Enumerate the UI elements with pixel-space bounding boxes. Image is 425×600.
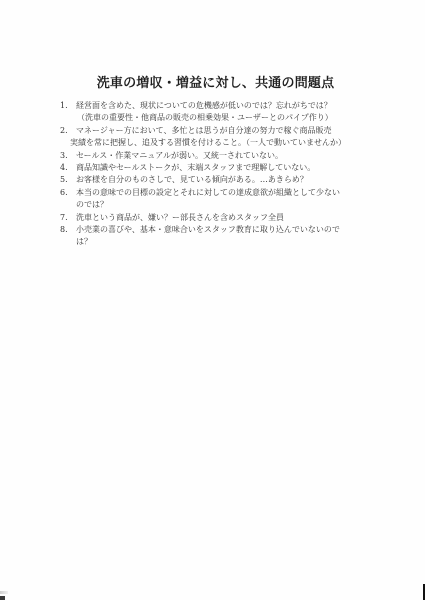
item-number: 5. [60,174,72,186]
scan-artifact [0,591,8,594]
item-number: 6. [60,187,72,199]
list-item-8: 8. 小売業の喜びや、基本・意味合いをスタッフ教育に取り込んでいないので は？ [58,224,378,249]
item-text-continued: 実績を常に把握し、追及する習慣を付けること。（一人で動いていませんか） [70,137,378,149]
item-text: 洗車という商品が、嫌い？ー部長さんを含めスタッフ全員 [76,212,378,224]
item-text: マネージャー方において、多忙とは思うが自分達の努力で稼ぐ商品販売 [76,125,378,137]
list-item-1: 1. 経営面を含めた、現状についての危機感が低いのでは？忘れがちでは？ （洗車の… [58,100,378,125]
list-item-2: 2. マネージャー方において、多忙とは思うが自分達の努力で稼ぐ商品販売 実績を常… [58,125,378,150]
item-text-continued: のでは？ [76,199,378,211]
list-item-4: 4. 商品知識やセールストークが、末端スタッフまで理解していない。 [58,162,378,174]
problem-list: 1. 経営面を含めた、現状についての危機感が低いのでは？忘れがちでは？ （洗車の… [58,100,378,249]
item-text-continued: （洗車の重要性・他商品の販売の相乗効果・ユーザーとのパイプ作り） [76,112,378,124]
item-text: 小売業の喜びや、基本・意味合いをスタッフ教育に取り込んでいないので [76,224,378,236]
item-text: セールス・作業マニュアルが弱い。又統一されていない。 [76,150,378,162]
item-number: 8. [60,224,72,236]
document-page: 洗車の増収・増益に対し、共通の問題点 1. 経営面を含めた、現状についての危機感… [0,0,425,600]
item-number: 1. [60,100,72,112]
item-text: 経営面を含めた、現状についての危機感が低いのでは？忘れがちでは？ [76,100,378,112]
list-item-7: 7. 洗車という商品が、嫌い？ー部長さんを含めスタッフ全員 [58,212,378,224]
item-number: 2. [60,125,72,137]
item-number: 3. [60,150,72,162]
item-number: 7. [60,212,72,224]
list-item-5: 5. お客様を自分のものさしで、見ている傾向がある。…あきらめ？ [58,174,378,186]
list-item-6: 6. 本当の意味での目標の設定とそれに対しての達成意欲が組織として少ない のでは… [58,187,378,212]
item-text-continued: は？ [76,236,378,248]
document-title: 洗車の増収・増益に対し、共通の問題点 [0,76,425,92]
item-text: お客様を自分のものさしで、見ている傾向がある。…あきらめ？ [76,174,378,186]
list-item-3: 3. セールス・作業マニュアルが弱い。又統一されていない。 [58,150,378,162]
item-text: 本当の意味での目標の設定とそれに対しての達成意欲が組織として少ない [76,187,378,199]
item-number: 4. [60,162,72,174]
scan-artifact [0,596,5,600]
item-text: 商品知識やセールストークが、末端スタッフまで理解していない。 [76,162,378,174]
